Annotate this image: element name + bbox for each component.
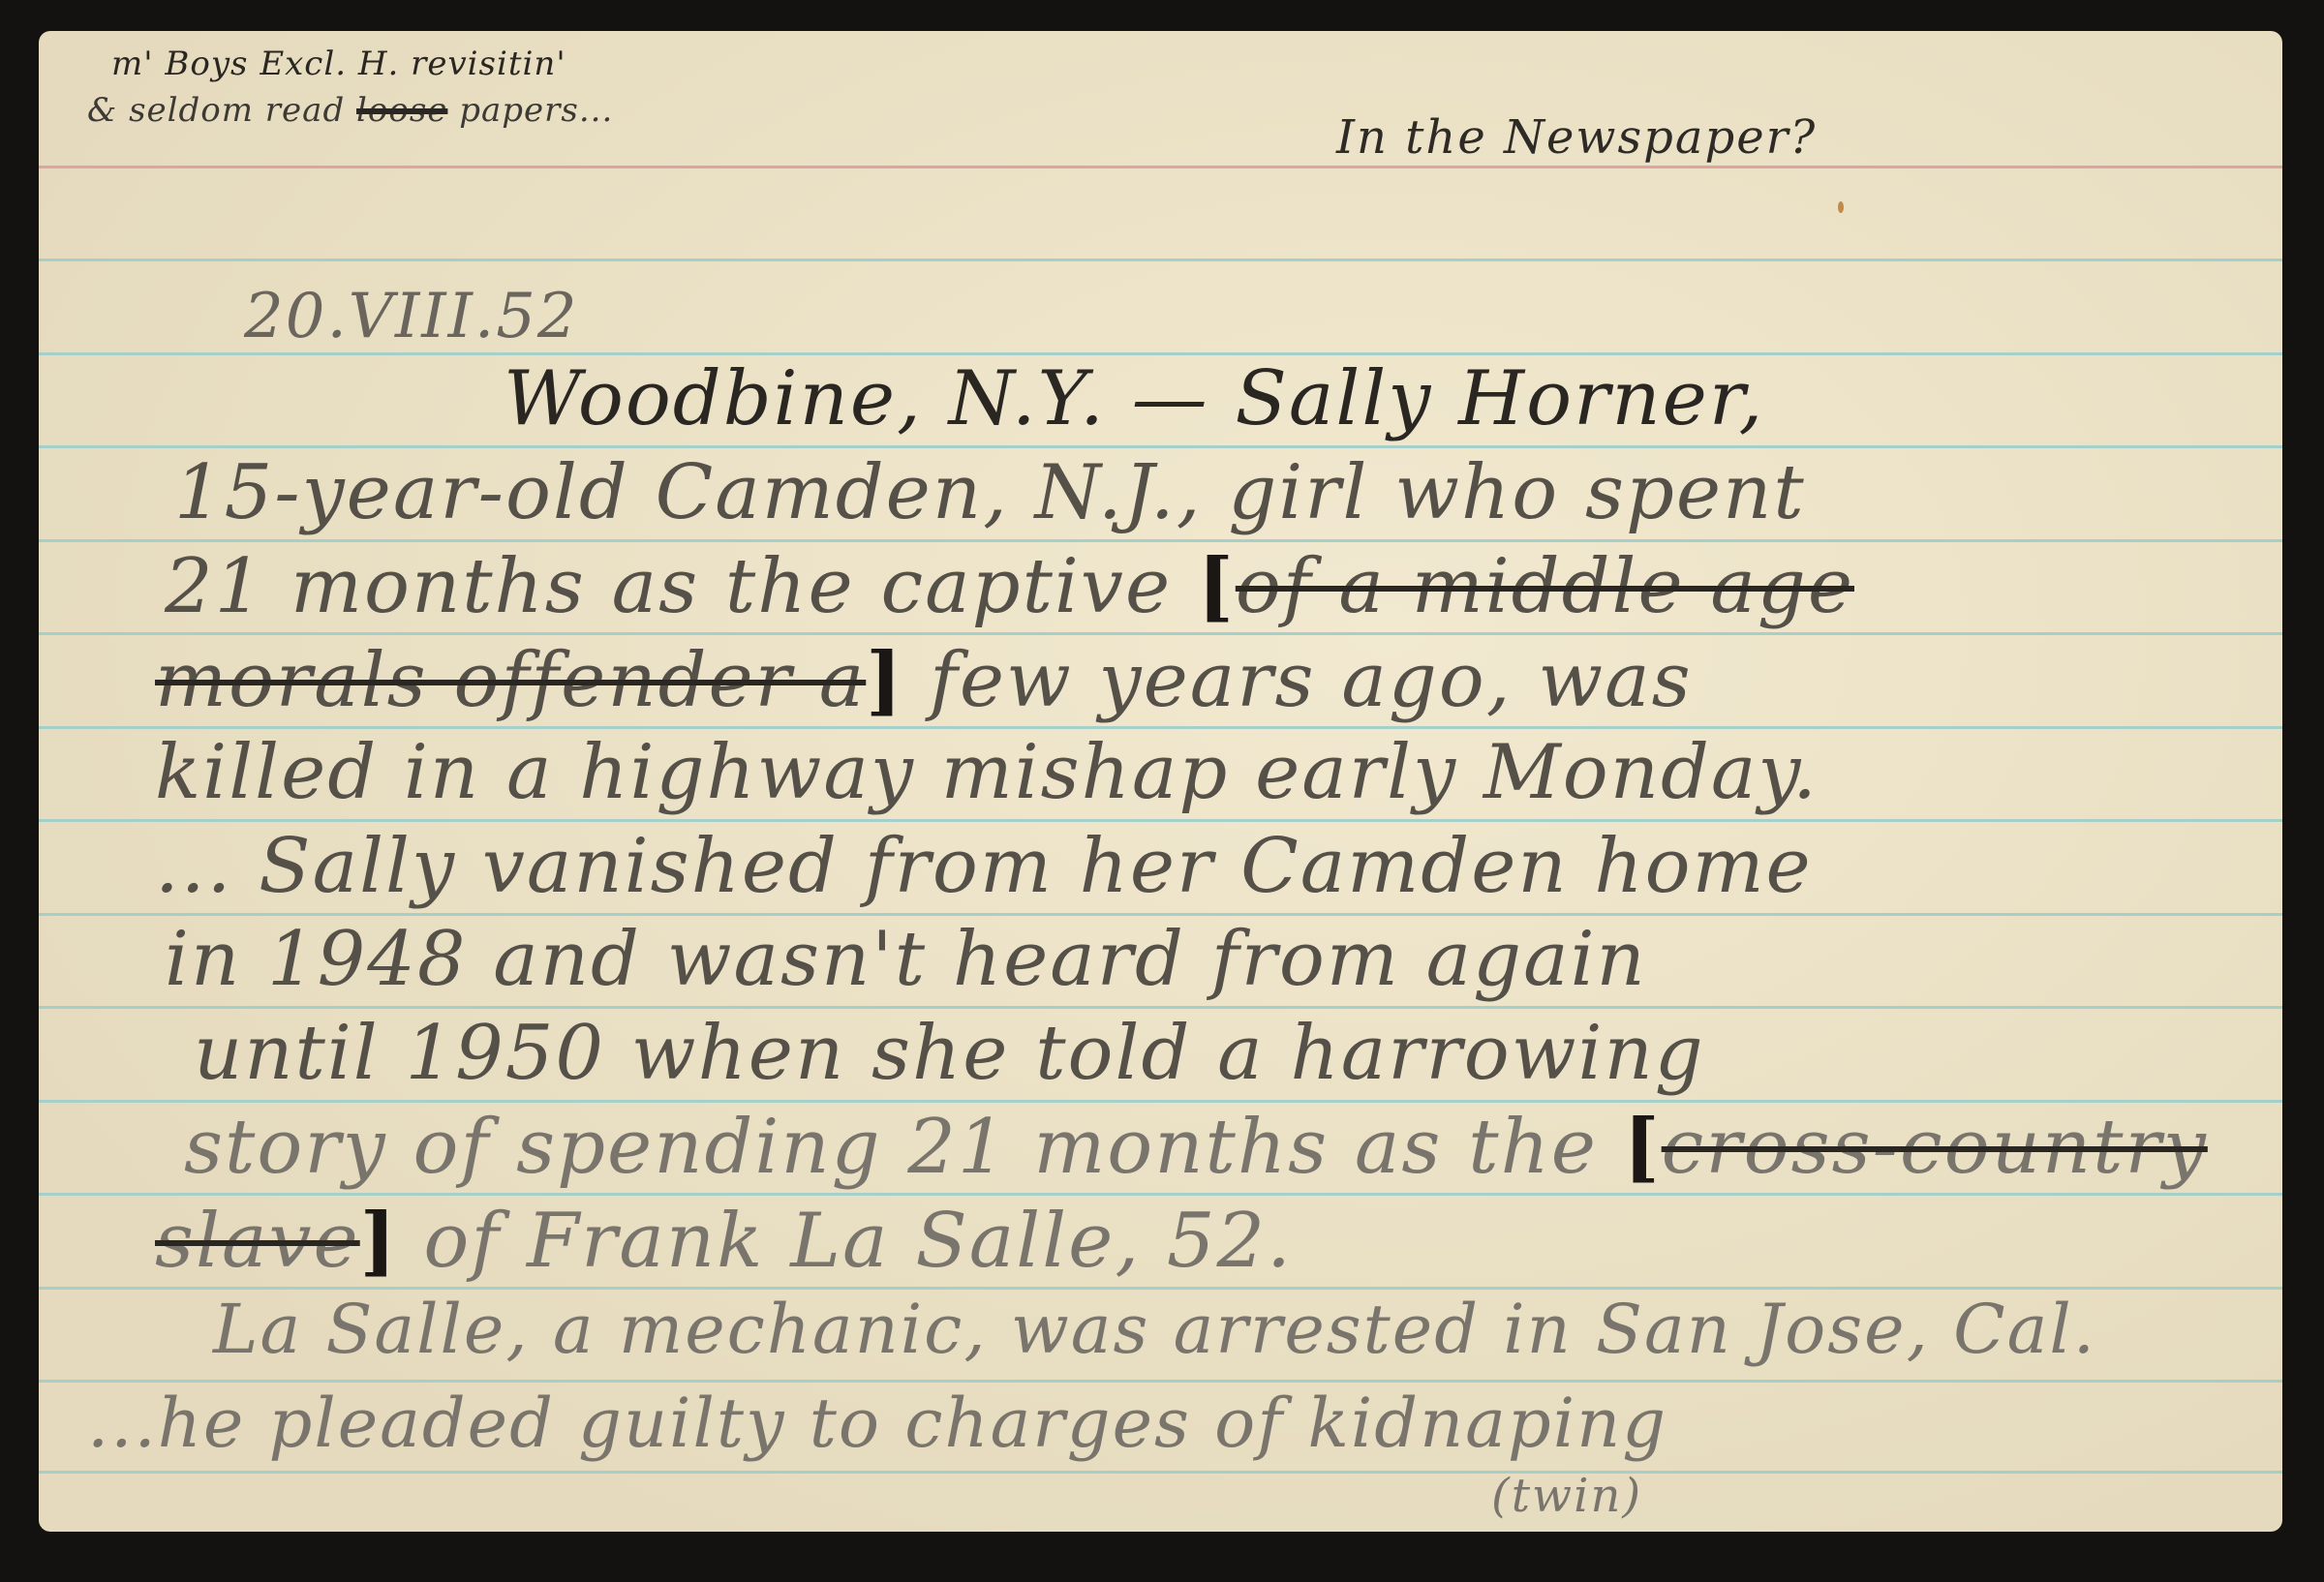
bracket-open: [ [1624, 1103, 1662, 1191]
top-note-text: & seldom read [87, 91, 345, 130]
date-heading: 20.VIII.52 [244, 281, 579, 352]
paper-stain [1838, 201, 1844, 213]
body-line: morals offender a] few years ago, was [155, 636, 1693, 724]
struck-phrase: of a middle age [1236, 543, 1854, 630]
top-note-line-2: & seldom read loose papers... [87, 91, 613, 130]
body-text: of Frank La Salle, 52. [398, 1198, 1293, 1285]
blue-rule [39, 1380, 2282, 1383]
blue-rule [39, 819, 2282, 822]
bracket-open: [ [1198, 542, 1236, 630]
body-line: until 1950 when she told a harrowing [194, 1010, 1705, 1097]
blue-rule [39, 1471, 2282, 1474]
blue-rule [39, 1193, 2282, 1196]
footnote-twin: (twin) [1491, 1469, 1642, 1523]
body-line: 21 months as the captive [of a middle ag… [165, 542, 1854, 630]
bracket-close: ] [360, 1197, 398, 1285]
body-text: few years ago, was [903, 637, 1693, 724]
body-line: killed in a highway mishap early Monday. [155, 729, 1819, 816]
struck-word: slave [155, 1198, 360, 1285]
struck-word: loose [356, 91, 447, 130]
blue-rule [39, 632, 2282, 635]
header-question: In the Newspaper? [1336, 110, 1817, 165]
body-line: slave] of Frank La Salle, 52. [155, 1197, 1293, 1285]
top-note-line-1: m' Boys Excl. H. revisitin' [111, 45, 566, 83]
body-line: in 1948 and wasn't heard from again [165, 916, 1647, 1003]
body-line: La Salle, a mechanic, was arrested in Sa… [213, 1290, 2096, 1369]
red-margin-rule [39, 166, 2282, 168]
body-text: story of spending 21 months as the [184, 1104, 1624, 1191]
body-text: 21 months as the captive [165, 543, 1198, 630]
body-line: ... Sally vanished from her Camden home [155, 823, 1813, 910]
bracket-close: ] [866, 636, 903, 724]
struck-phrase: morals offender a [155, 637, 866, 724]
blue-rule [39, 1006, 2282, 1009]
body-line: ...he pleaded guilty to charges of kidna… [87, 1384, 1667, 1463]
struck-phrase: cross-country [1662, 1104, 2208, 1191]
body-line: 15-year-old Camden, N.J., girl who spent [174, 449, 1806, 536]
blue-rule [39, 445, 2282, 448]
top-note-text: papers... [459, 91, 613, 130]
body-line: story of spending 21 months as the [cros… [184, 1103, 2208, 1191]
dateline: Woodbine, N.Y. — Sally Horner, [504, 355, 1764, 442]
index-card: m' Boys Excl. H. revisitin' & seldom rea… [39, 31, 2282, 1532]
blue-rule [39, 259, 2282, 261]
